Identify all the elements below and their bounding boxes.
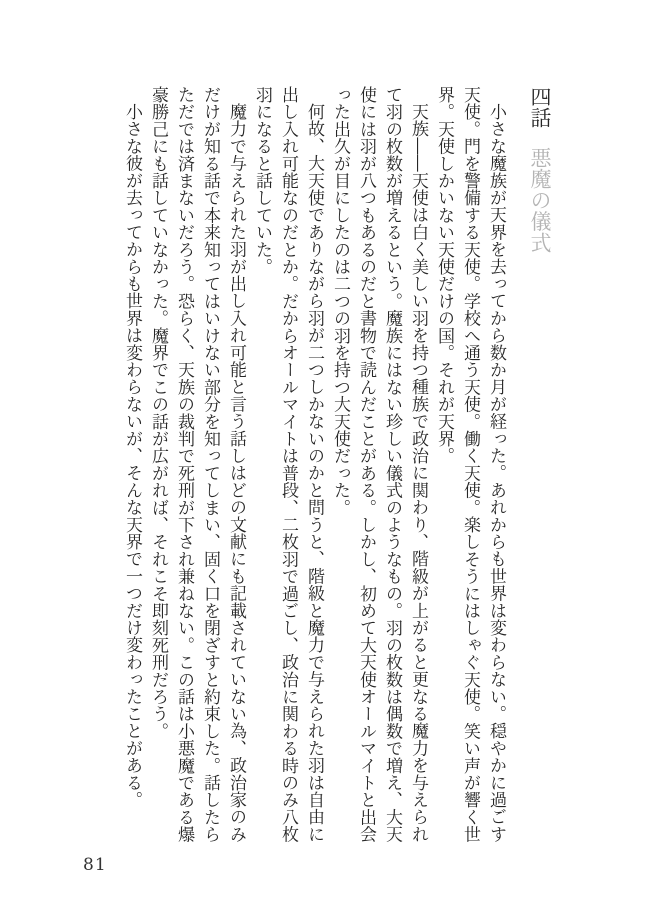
paragraph-1: 小さな魔族が天界を去ってから数か月が経った。あれからも世界は変わらない。穏やかに… [431,86,509,854]
chapter-title: 悪魔の儀式 [528,147,552,253]
body-text: 小さな魔族が天界を去ってから数か月が経った。あれからも世界は変わらない。穏やかに… [119,86,509,854]
paragraph-3: 何故、大天使でありながら羽が二つしかないのかと問うと、階級と魔力で与えられた羽は… [249,86,327,854]
book-page: 四話悪魔の儀式 小さな魔族が天界を去ってから数か月が経った。あれからも世界は変わ… [0,0,647,897]
vertical-text-area: 四話悪魔の儀式 小さな魔族が天界を去ってから数か月が経った。あれからも世界は変わ… [119,86,555,854]
page-number: 81 [83,855,107,875]
chapter-number: 四話 [528,86,552,128]
chapter-heading: 四話悪魔の儀式 [525,86,555,854]
paragraph-2: 天族――天使は白く美しい羽を持つ種族で政治に関わり、階級が上がると更なる魔力を与… [327,86,431,854]
paragraph-5: 小さな彼が去ってからも世界は変わらないが、そんな天界で一つだけ変わったことがある… [119,86,145,854]
paragraph-4: 魔力で与えられた羽が出し入れ可能と言う話しはどの文献にも記載されていない為、政治… [145,86,249,854]
